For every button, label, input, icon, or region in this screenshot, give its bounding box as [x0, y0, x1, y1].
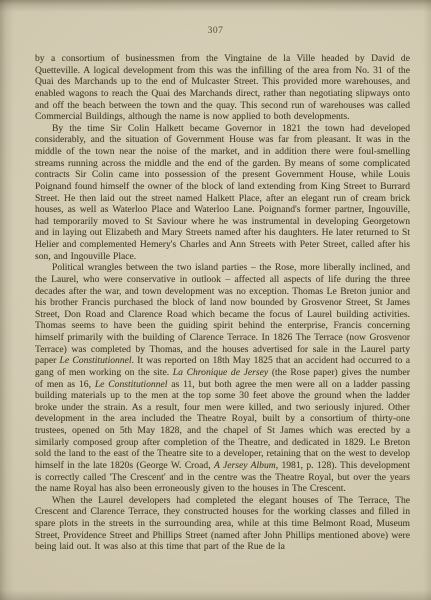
body-paragraph: By the time Sir Colin Halkett became Gov…	[35, 123, 410, 263]
page-number: 307	[0, 26, 431, 36]
body-paragraph: When the Laurel developers had completed…	[35, 495, 410, 553]
scanned-book-page: 307 by a consortium of businessmen from …	[0, 0, 431, 600]
body-paragraph: by a consortium of businessmen from the …	[35, 53, 410, 123]
page-body-text: by a consortium of businessmen from the …	[35, 53, 410, 553]
body-paragraph: Political wrangles between the two islan…	[35, 262, 410, 495]
